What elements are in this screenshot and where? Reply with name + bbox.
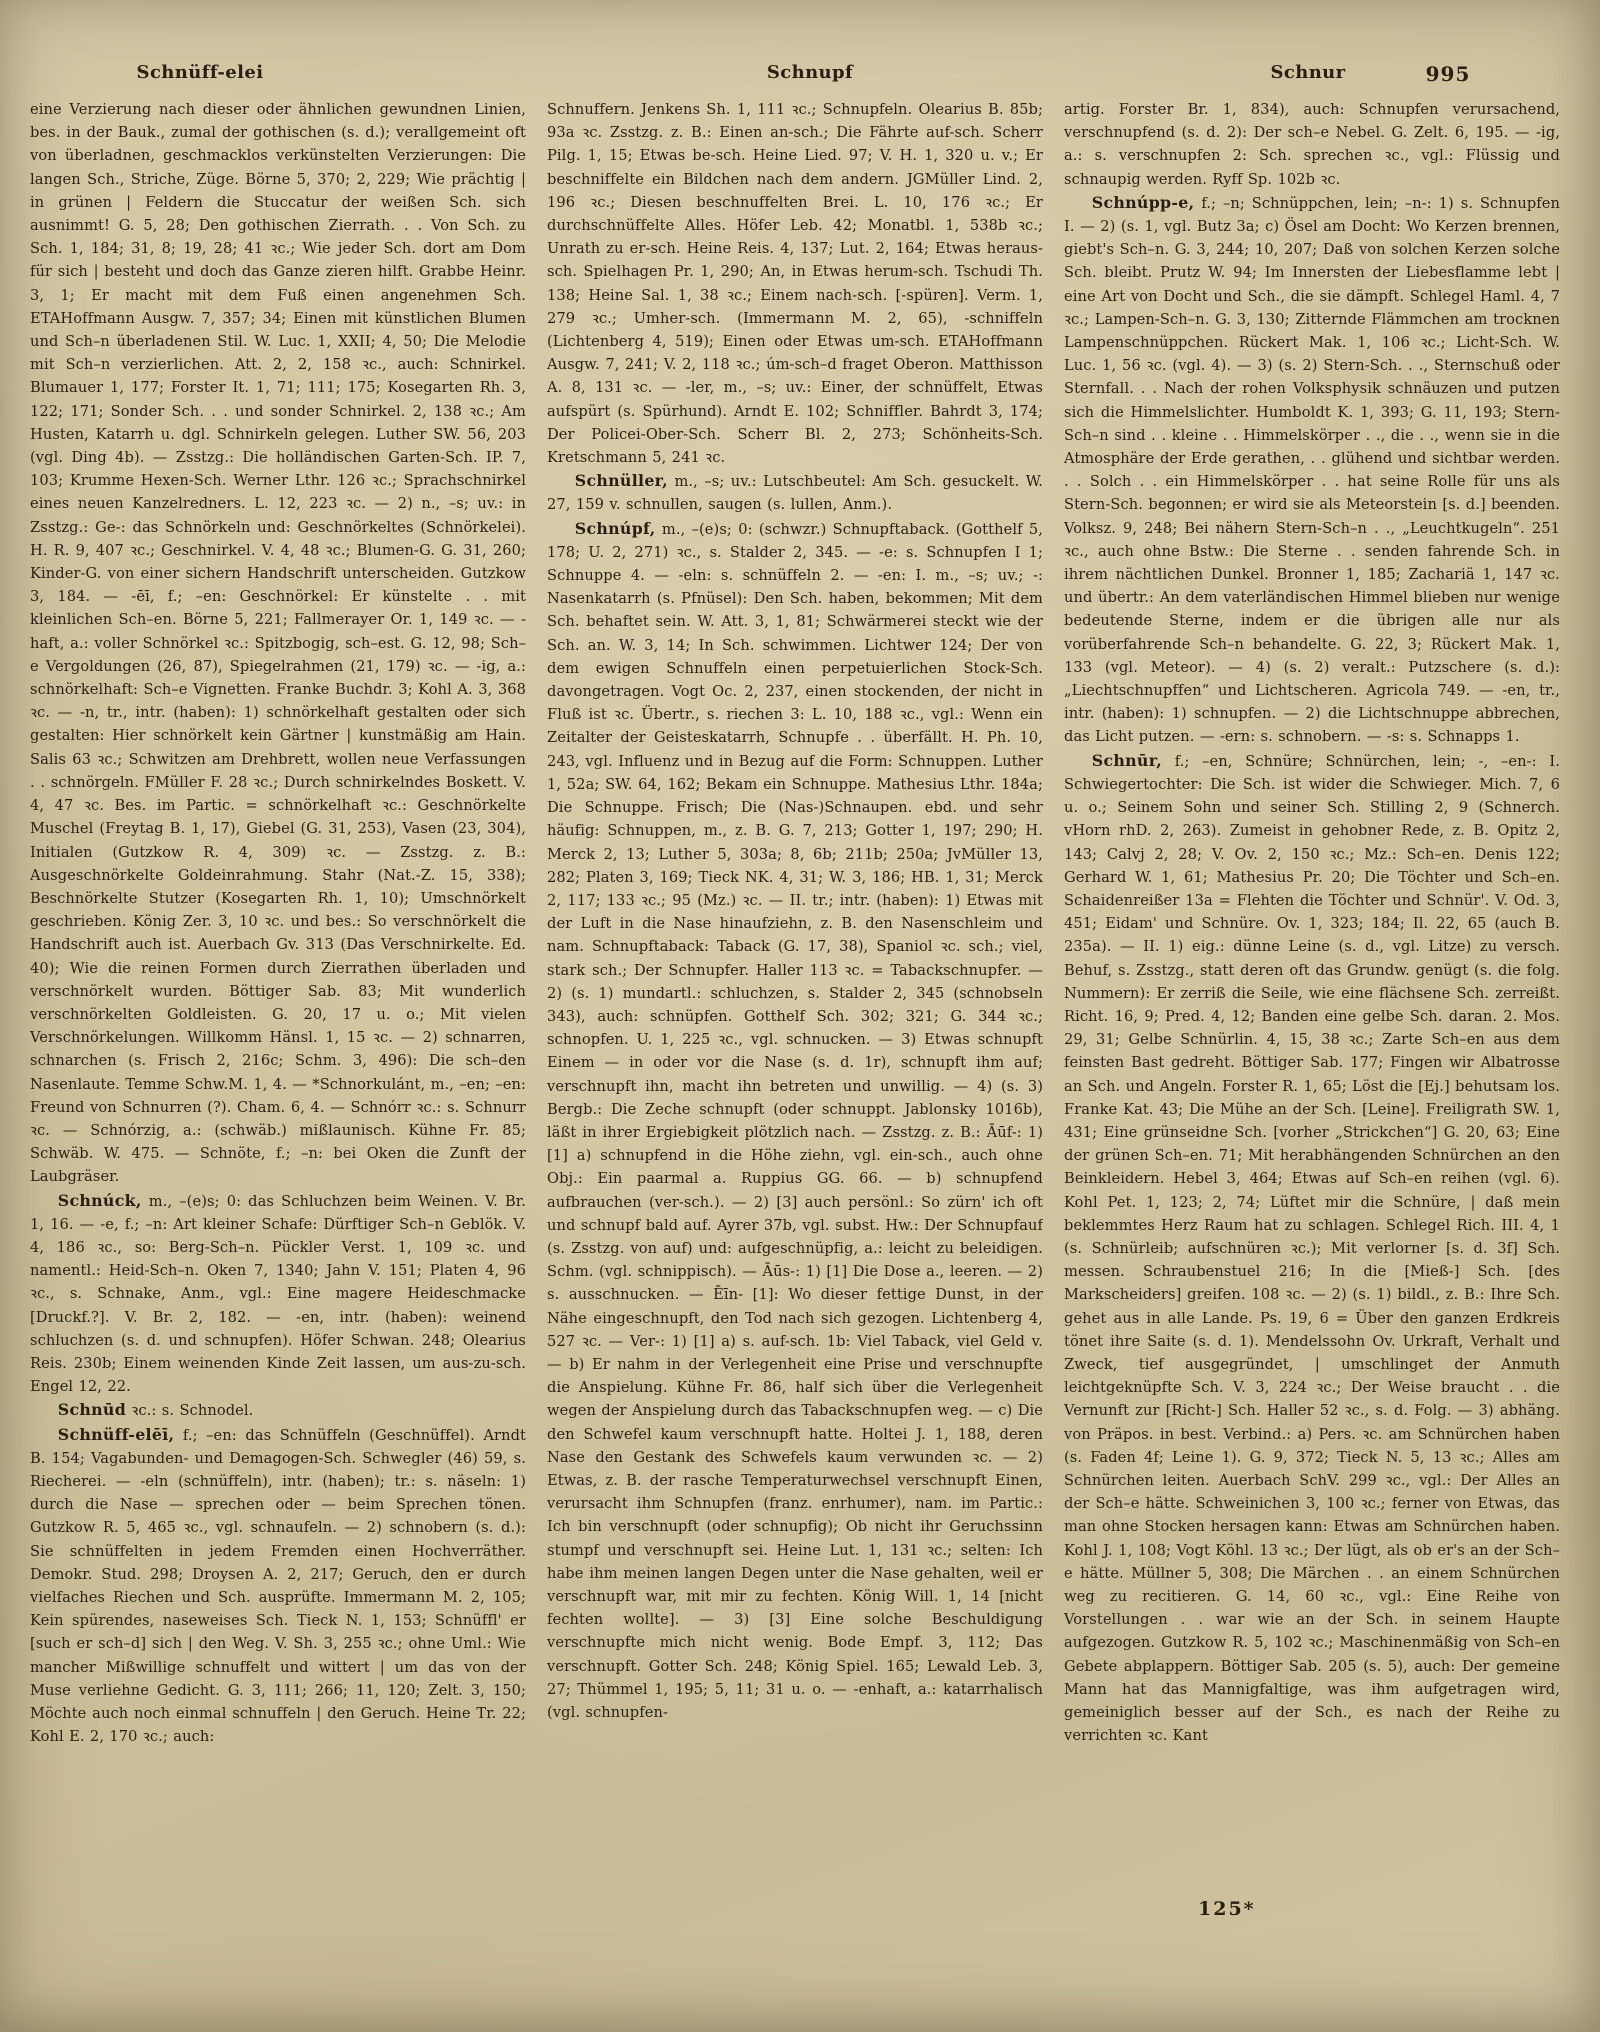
column-2: Schnuffern. Jenkens Sh. 1, 111 ꝛc.; Schn… <box>547 98 1043 1962</box>
column-3: artig. Forster Br. 1, 834), auch: Schnup… <box>1064 98 1560 1962</box>
entry-paragraph: Schnüller, m., –s; uv.: Lutschbeutel: Am… <box>547 469 1043 516</box>
entry-paragraph: Schnúck, m., –(e)s; 0: das Schluchzen be… <box>30 1189 526 1399</box>
entry-paragraph: artig. Forster Br. 1, 834), auch: Schnup… <box>1064 98 1560 191</box>
entry-headword: Schnüff-elēī, <box>58 1425 175 1444</box>
entry-paragraph: Schnūd ꝛc.: s. Schnodel. <box>30 1398 526 1422</box>
header-keyword-left: Schnüff-elei <box>137 62 264 83</box>
text-columns: eine Verzierung nach dieser oder ähnlich… <box>30 98 1560 1962</box>
signature-mark: 125* <box>1198 1898 1256 1920</box>
page-number: 995 <box>1426 62 1471 86</box>
entry-headword: Schnúpf, <box>575 519 656 538</box>
entry-paragraph: Schnúpp-e, f.; –n; Schnüppchen, lein; –n… <box>1064 191 1560 749</box>
entry-headword: Schnúpp-e, <box>1092 193 1195 212</box>
entry-headword: Schnúck, <box>58 1191 142 1210</box>
entry-headword: Schnūd <box>58 1400 126 1419</box>
entry-headword: Schnūr, <box>1092 751 1162 770</box>
dictionary-page: Schnüff-elei Schnupf Schnur 995 eine Ver… <box>0 0 1600 2032</box>
entry-paragraph: Schnúpf, m., –(e)s; 0: (schwzr.) Schnupf… <box>547 517 1043 1725</box>
entry-paragraph: Schnüff-elēī, f.; –en: das Schnüffeln (G… <box>30 1423 526 1749</box>
column-1: eine Verzierung nach dieser oder ähnlich… <box>30 98 526 1962</box>
entry-headword: Schnüller, <box>575 471 668 490</box>
entry-paragraph: eine Verzierung nach dieser oder ähnlich… <box>30 98 526 1189</box>
entry-paragraph: Schnuffern. Jenkens Sh. 1, 111 ꝛc.; Schn… <box>547 98 1043 469</box>
header-keyword-center: Schnupf <box>767 62 853 83</box>
entry-paragraph: Schnūr, f.; –en, Schnüre; Schnürchen, le… <box>1064 749 1560 1748</box>
page-header: Schnüff-elei Schnupf Schnur 995 <box>0 62 1600 96</box>
header-keyword-right: Schnur <box>1270 62 1345 83</box>
